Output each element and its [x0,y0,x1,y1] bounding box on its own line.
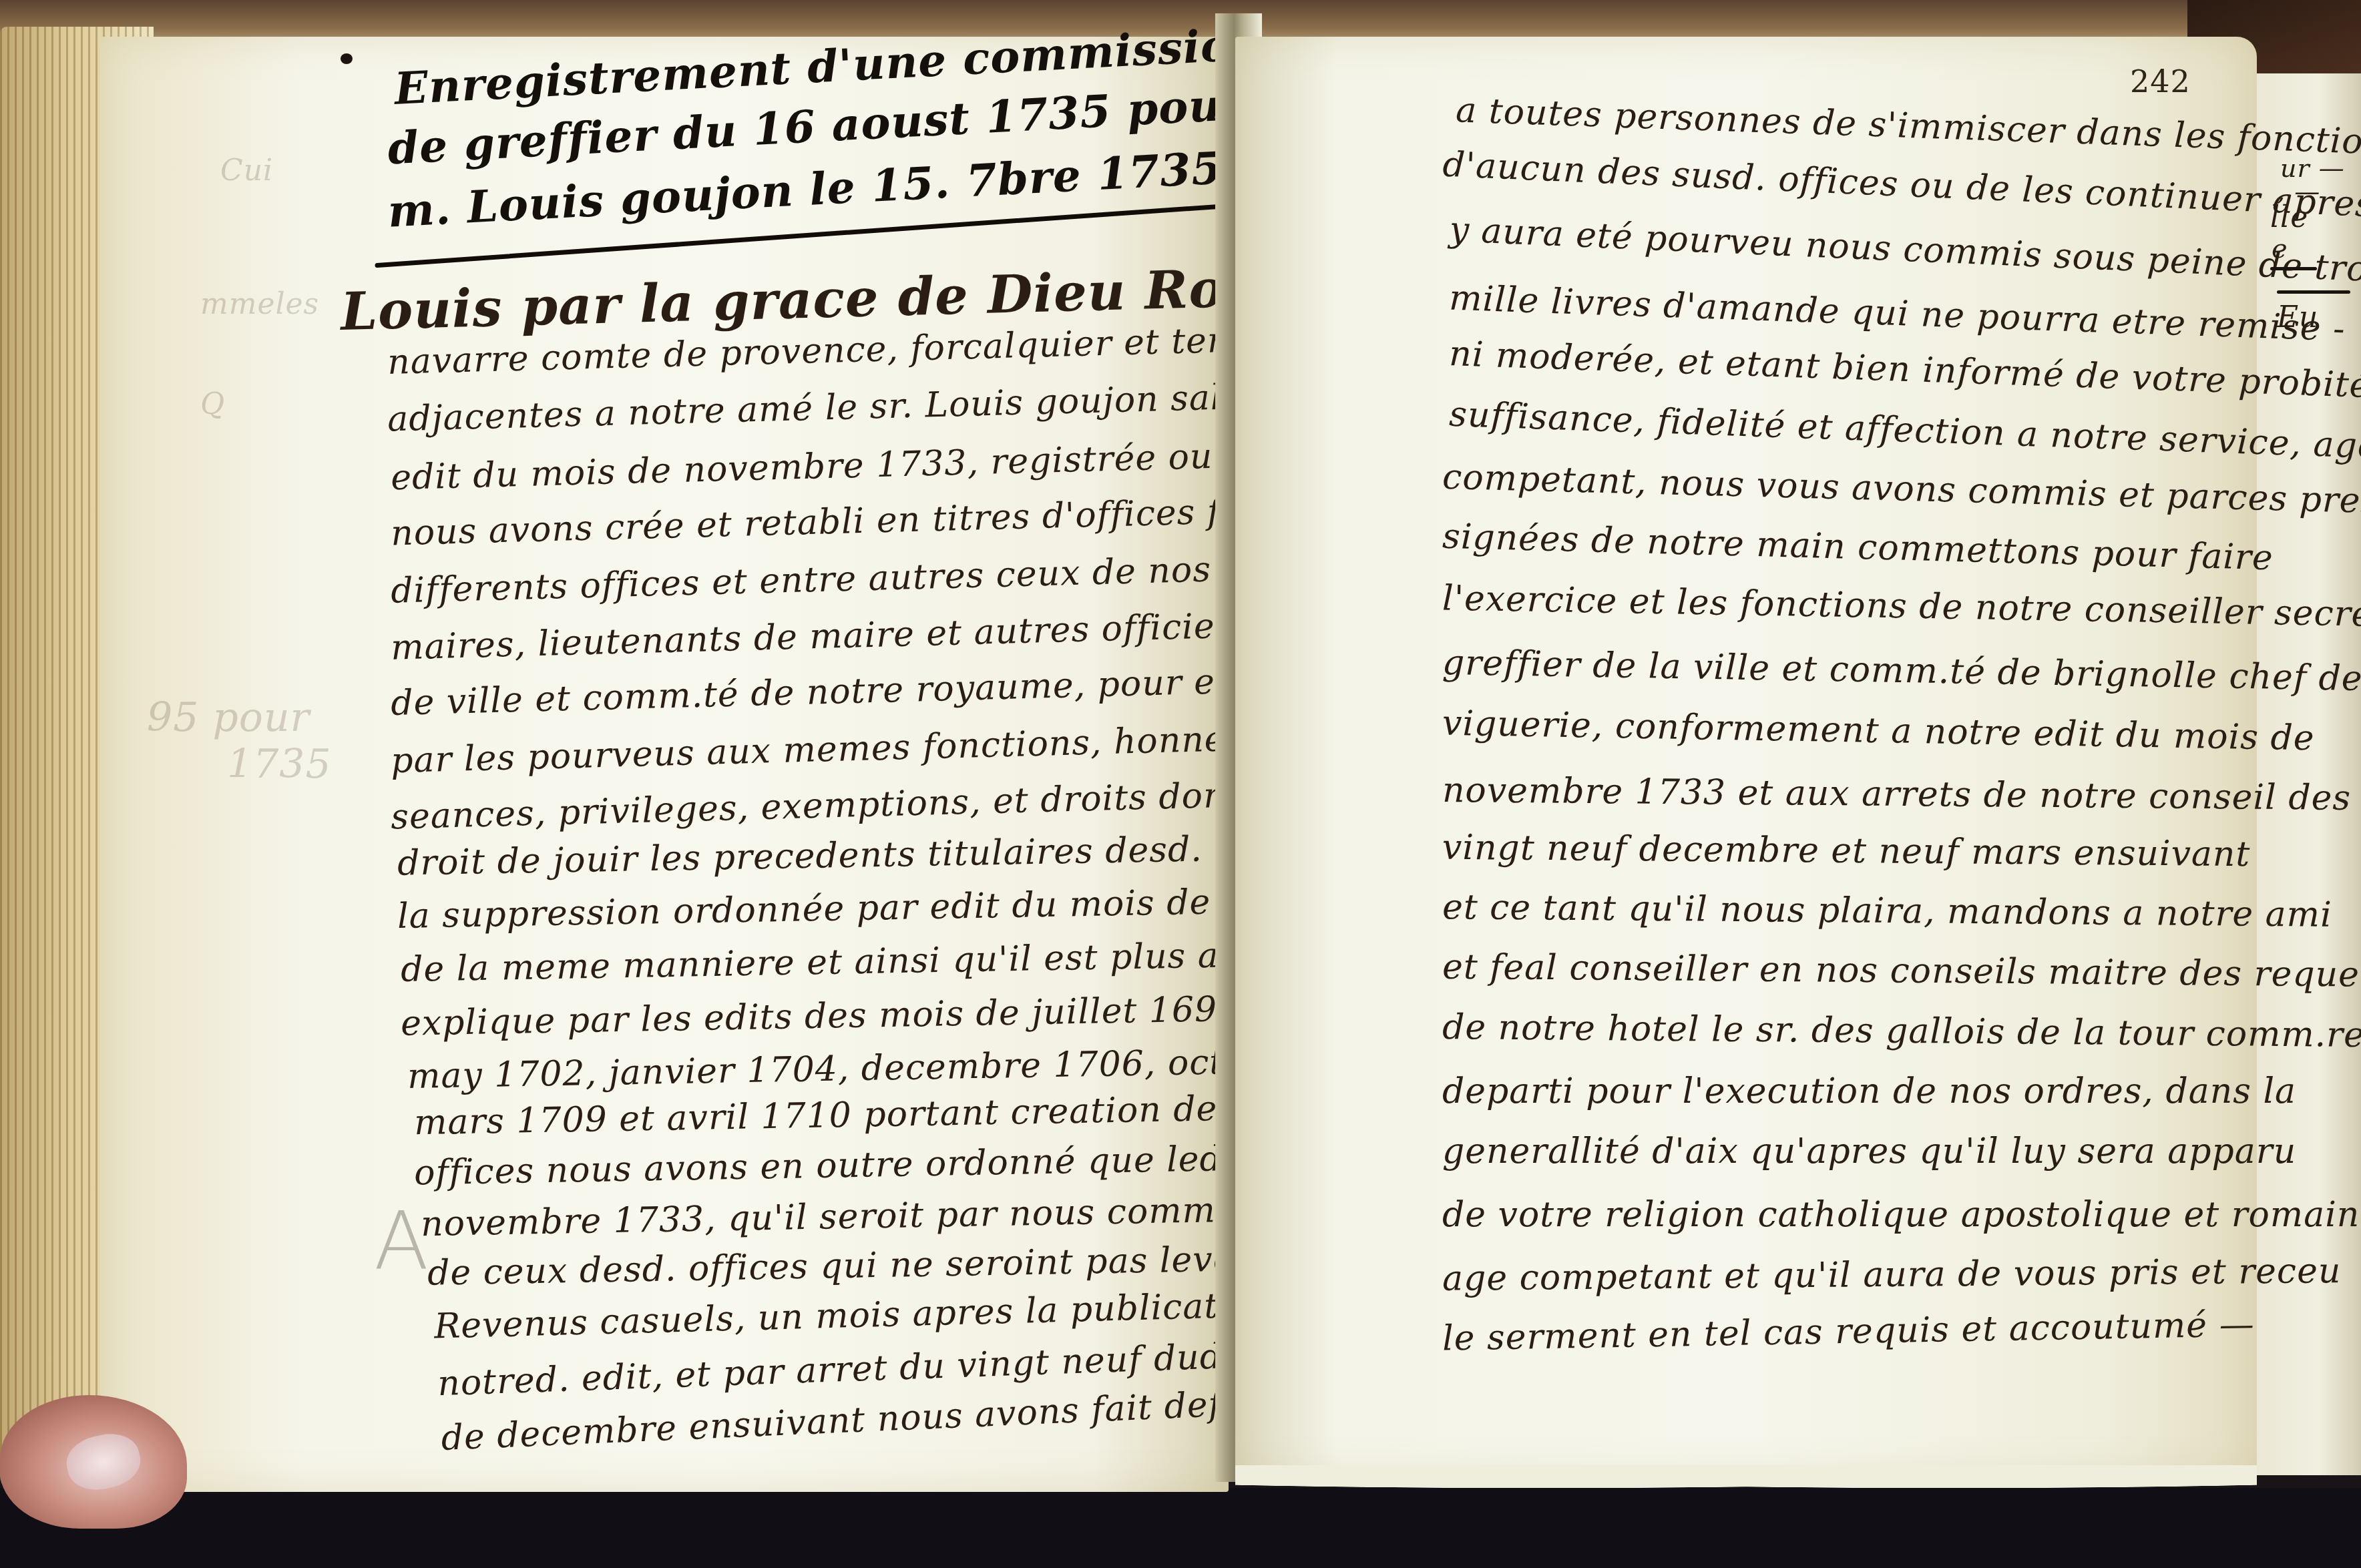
bleed-through-text: 95 pour [147,694,310,741]
bleed-through-text: Cui [220,154,273,188]
right-body-line: de votre religion catholique apostolique… [1442,1195,2361,1235]
right-body-line: vingt neuf decembre et neuf mars ensuiva… [1442,828,2251,875]
right-body-line: departi pour l'execution de nos ordres, … [1442,1071,2296,1111]
ink-blot [341,53,353,64]
next-leaf-fragment: Eu [2277,300,2318,334]
bleed-through-text: 1735 [227,741,332,788]
right-body-line: generallité d'aix qu'apres qu'il luy ser… [1442,1131,2296,1171]
bleed-through-text: mmeles [200,287,319,321]
manuscript-photo: Cui mmeles Q 95 pour 1735 A Enregistreme… [0,0,2361,1568]
right-body-line: age competant et qu'il aura de vous pris… [1442,1251,2342,1299]
next-leaf-fragment: e [2272,234,2288,264]
bleed-through-text: Q [200,387,225,421]
right-body-line: novembre 1733 et aux arrets de notre con… [1442,770,2352,818]
margin-dash [2270,267,2317,270]
page-number: 242 [2130,63,2191,99]
next-leaf-fragment: lle [2270,200,2308,234]
backdrop-bottom [0,1488,2361,1568]
margin-dash [2277,290,2350,294]
right-body-line: et ce tant qu'il nous plaira, mandons a … [1442,887,2332,935]
right-body-line: et feal conseiller en nos conseils maitr… [1442,947,2361,996]
right-body-line: de notre hotel le sr. des gallois de la … [1442,1007,2361,1055]
